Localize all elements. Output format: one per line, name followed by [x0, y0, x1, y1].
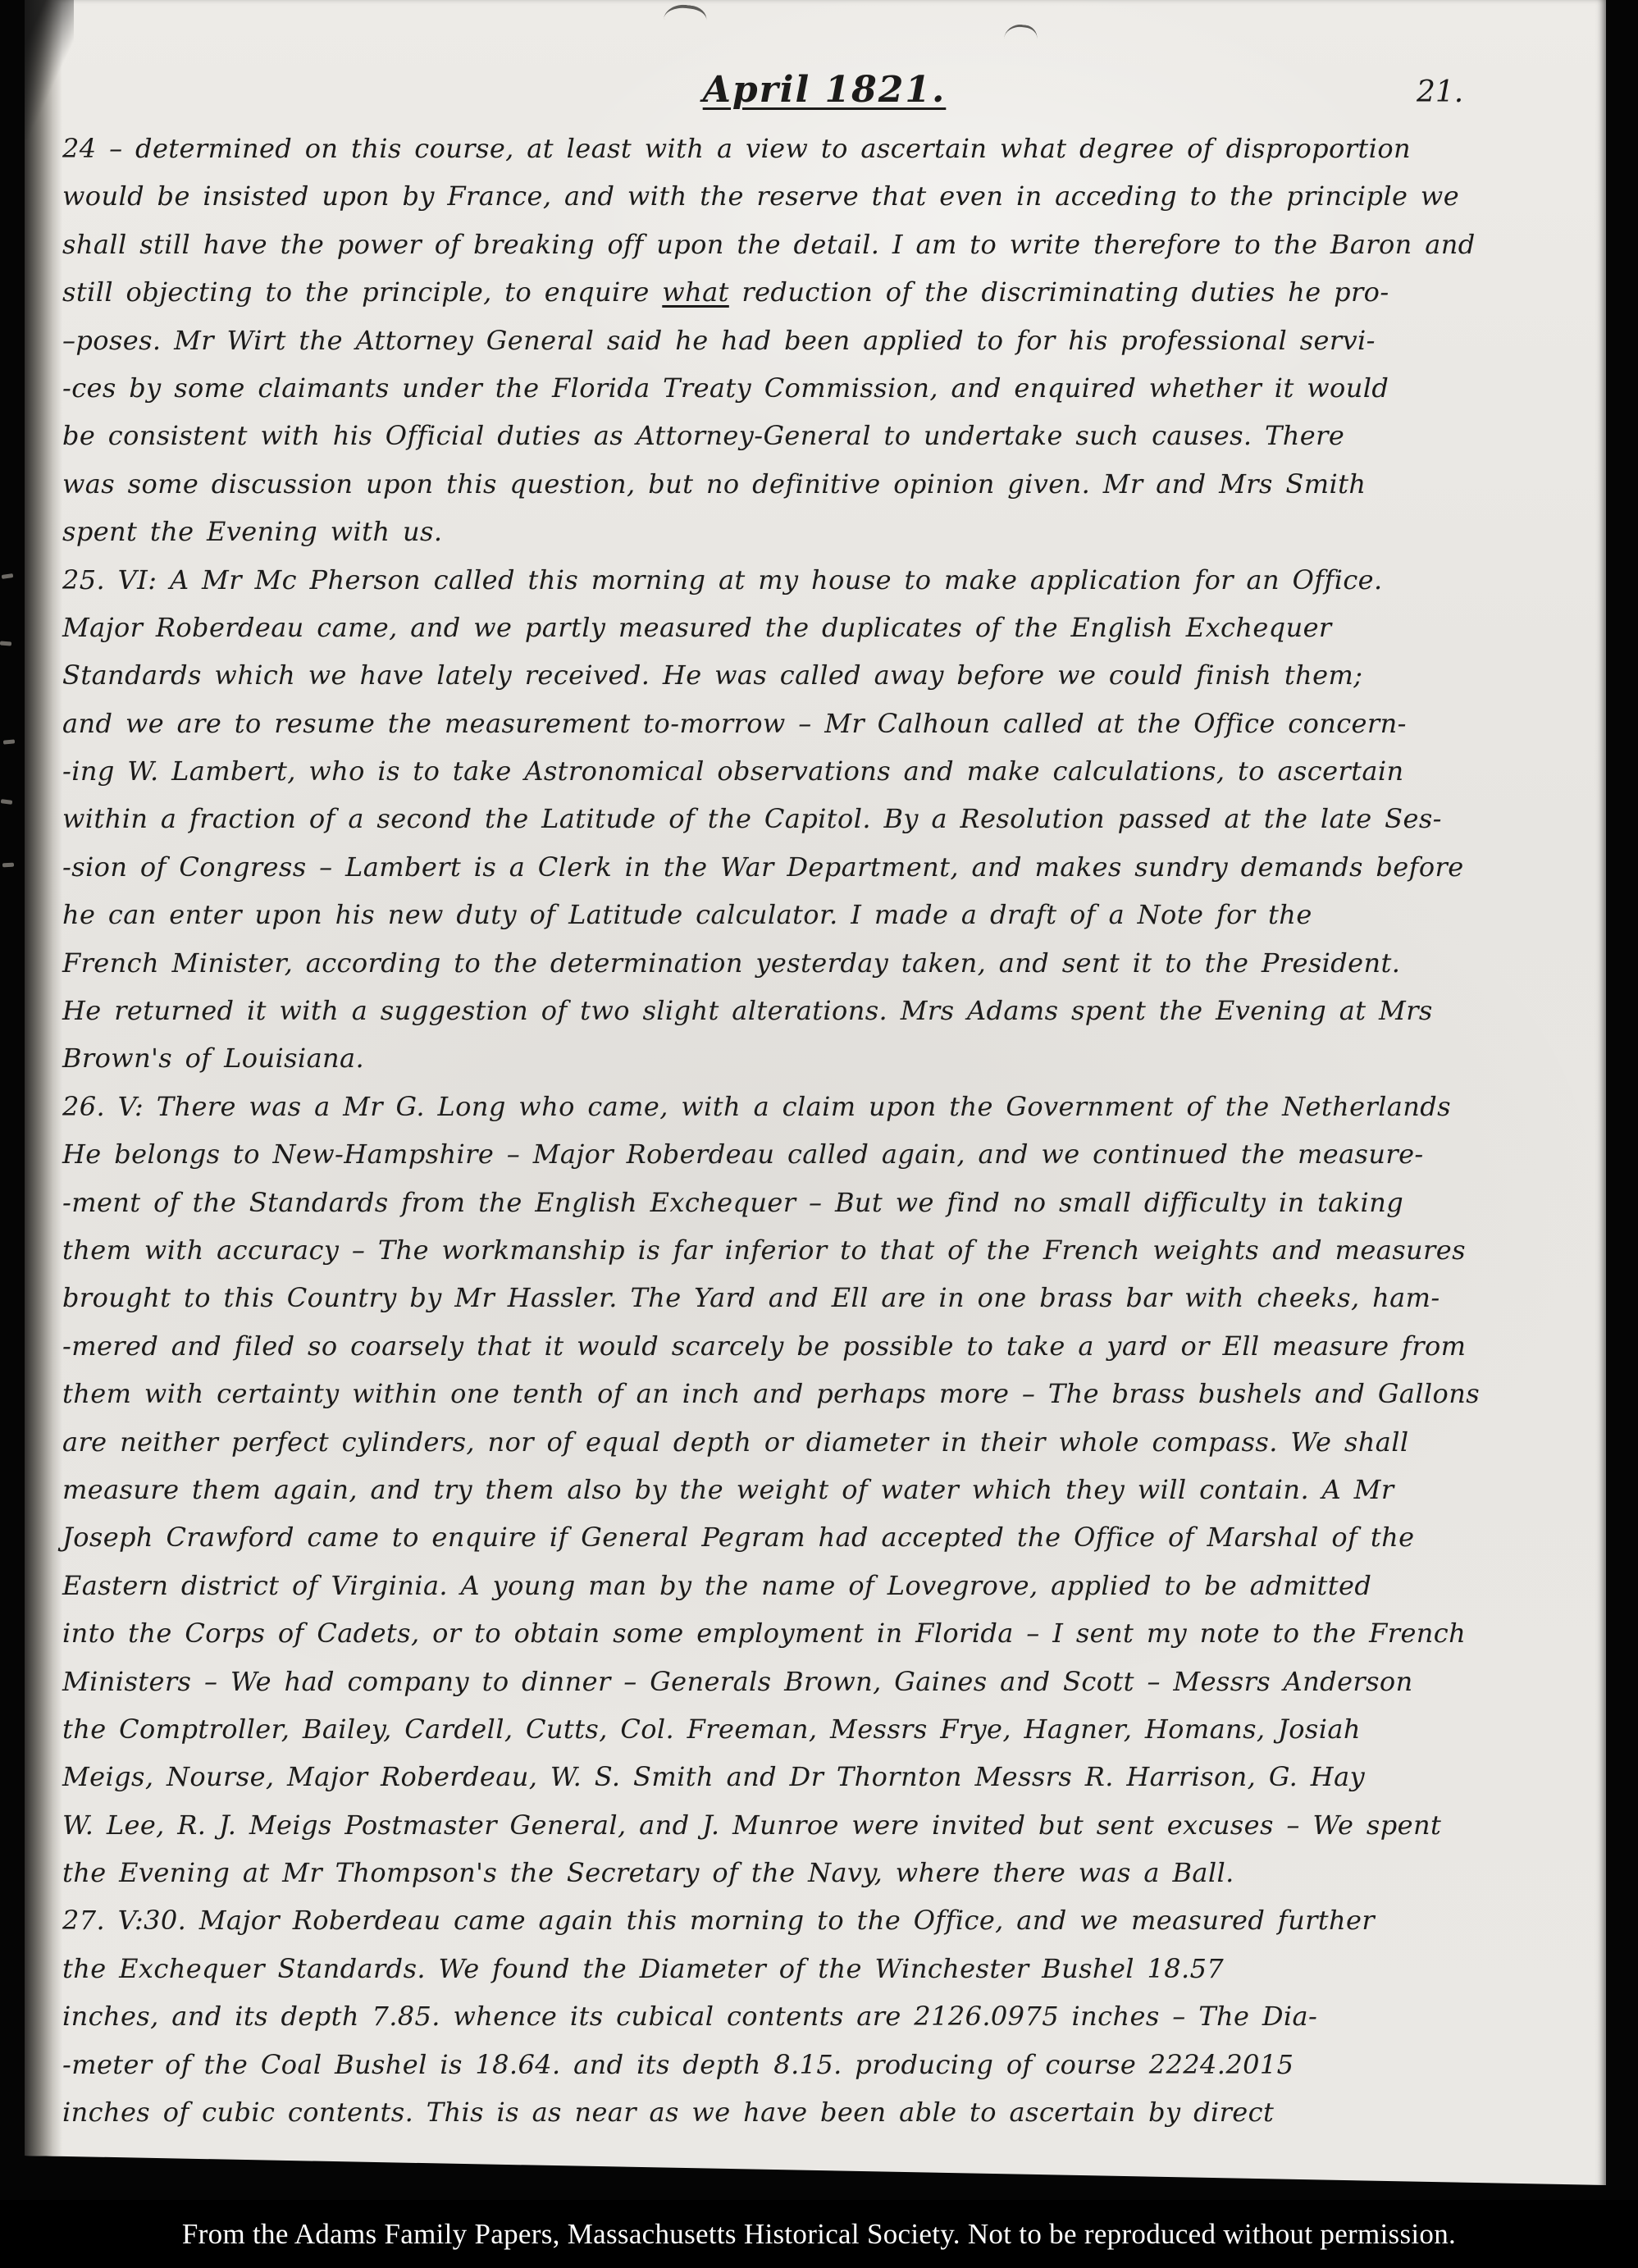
manuscript-line: –poses. Mr Wirt the Attorney General sai… — [62, 317, 1601, 364]
manuscript-line: and we are to resume the measurement to-… — [62, 700, 1601, 747]
manuscript-line: -ing W. Lambert, who is to take Astronom… — [62, 747, 1601, 795]
manuscript-line: He belongs to New-Hampshire – Major Robe… — [62, 1130, 1601, 1178]
manuscript-line: them with certainty within one tenth of … — [62, 1370, 1601, 1417]
manuscript-line: was some discussion upon this question, … — [62, 460, 1601, 508]
manuscript-line: Ministers – We had company to dinner – G… — [62, 1658, 1601, 1705]
stray-ink-stroke — [664, 2, 708, 23]
manuscript-line: shall still have the power of breaking o… — [62, 221, 1601, 268]
manuscript-line: inches, and its depth 7.85. whence its c… — [62, 1992, 1601, 2040]
manuscript-line: Major Roberdeau came, and we partly meas… — [62, 604, 1601, 651]
manuscript-line: 26. V: There was a Mr G. Long who came, … — [62, 1083, 1601, 1130]
manuscript-line: still objecting to the principle, to enq… — [62, 268, 1601, 316]
manuscript-page: April 1821. 21. 24 – determined on this … — [25, 0, 1606, 2200]
page-header: April 1821. 21. — [62, 69, 1587, 118]
manuscript-line: Brown's of Louisiana. — [62, 1034, 1601, 1082]
page-number: 21. — [1417, 75, 1463, 109]
margin-mark — [0, 641, 11, 646]
manuscript-line: spent the Evening with us. — [62, 508, 1601, 555]
manuscript-line: them with accuracy – The workmanship is … — [62, 1226, 1601, 1274]
manuscript-line: he can enter upon his new duty of Latitu… — [62, 891, 1601, 938]
manuscript-line: measure them again, and try them also by… — [62, 1466, 1601, 1513]
manuscript-line: are neither perfect cylinders, nor of eq… — [62, 1418, 1601, 1466]
manuscript-line: French Minister, according to the determ… — [62, 939, 1601, 987]
manuscript-line: W. Lee, R. J. Meigs Postmaster General, … — [62, 1801, 1601, 1849]
manuscript-line: would be insisted upon by France, and wi… — [62, 172, 1601, 220]
stray-ink-stroke — [1004, 23, 1038, 42]
manuscript-line: Meigs, Nourse, Major Roberdeau, W. S. Sm… — [62, 1753, 1601, 1800]
manuscript-line: -ces by some claimants under the Florida… — [62, 364, 1601, 412]
manuscript-line: the Evening at Mr Thompson's the Secreta… — [62, 1849, 1601, 1896]
manuscript-line: inches of cubic contents. This is as nea… — [62, 2088, 1601, 2136]
manuscript-line: -mered and filed so coarsely that it wou… — [62, 1322, 1601, 1370]
manuscript-line: Eastern district of Virginia. A young ma… — [62, 1562, 1601, 1609]
book-gutter-shading — [25, 0, 62, 2200]
manuscript-line: -ment of the Standards from the English … — [62, 1179, 1601, 1226]
margin-mark — [2, 863, 14, 868]
manuscript-line: be consistent with his Official duties a… — [62, 412, 1601, 459]
manuscript-line: -sion of Congress – Lambert is a Clerk i… — [62, 843, 1601, 891]
manuscript-line: the Exchequer Standards. We found the Di… — [62, 1945, 1601, 1992]
manuscript-line: Joseph Crawford came to enquire if Gener… — [62, 1513, 1601, 1561]
manuscript-line: within a fraction of a second the Latitu… — [62, 795, 1601, 842]
manuscript-text: 24 – determined on this course, at least… — [62, 125, 1601, 2136]
page-title: April 1821. — [62, 69, 1587, 111]
manuscript-line: 25. VI: A Mr Mc Pherson called this morn… — [62, 556, 1601, 604]
manuscript-line: 24 – determined on this course, at least… — [62, 125, 1601, 172]
archive-caption: From the Adams Family Papers, Massachuse… — [182, 2218, 1456, 2251]
margin-mark — [2, 573, 14, 579]
manuscript-line: 27. V:30. Major Roberdeau came again thi… — [62, 1896, 1601, 1944]
archive-caption-bar: From the Adams Family Papers, Massachuse… — [0, 2200, 1638, 2268]
manuscript-line: Standards which we have lately received.… — [62, 651, 1601, 699]
manuscript-scan: April 1821. 21. 24 – determined on this … — [0, 0, 1638, 2268]
manuscript-line: brought to this Country by Mr Hassler. T… — [62, 1274, 1601, 1321]
manuscript-line: -meter of the Coal Bushel is 18.64. and … — [62, 2041, 1601, 2088]
margin-mark — [3, 739, 15, 744]
manuscript-line: He returned it with a suggestion of two … — [62, 987, 1601, 1034]
margin-mark — [1, 799, 13, 805]
manuscript-line: into the Corps of Cadets, or to obtain s… — [62, 1609, 1601, 1657]
manuscript-line: the Comptroller, Bailey, Cardell, Cutts,… — [62, 1705, 1601, 1753]
